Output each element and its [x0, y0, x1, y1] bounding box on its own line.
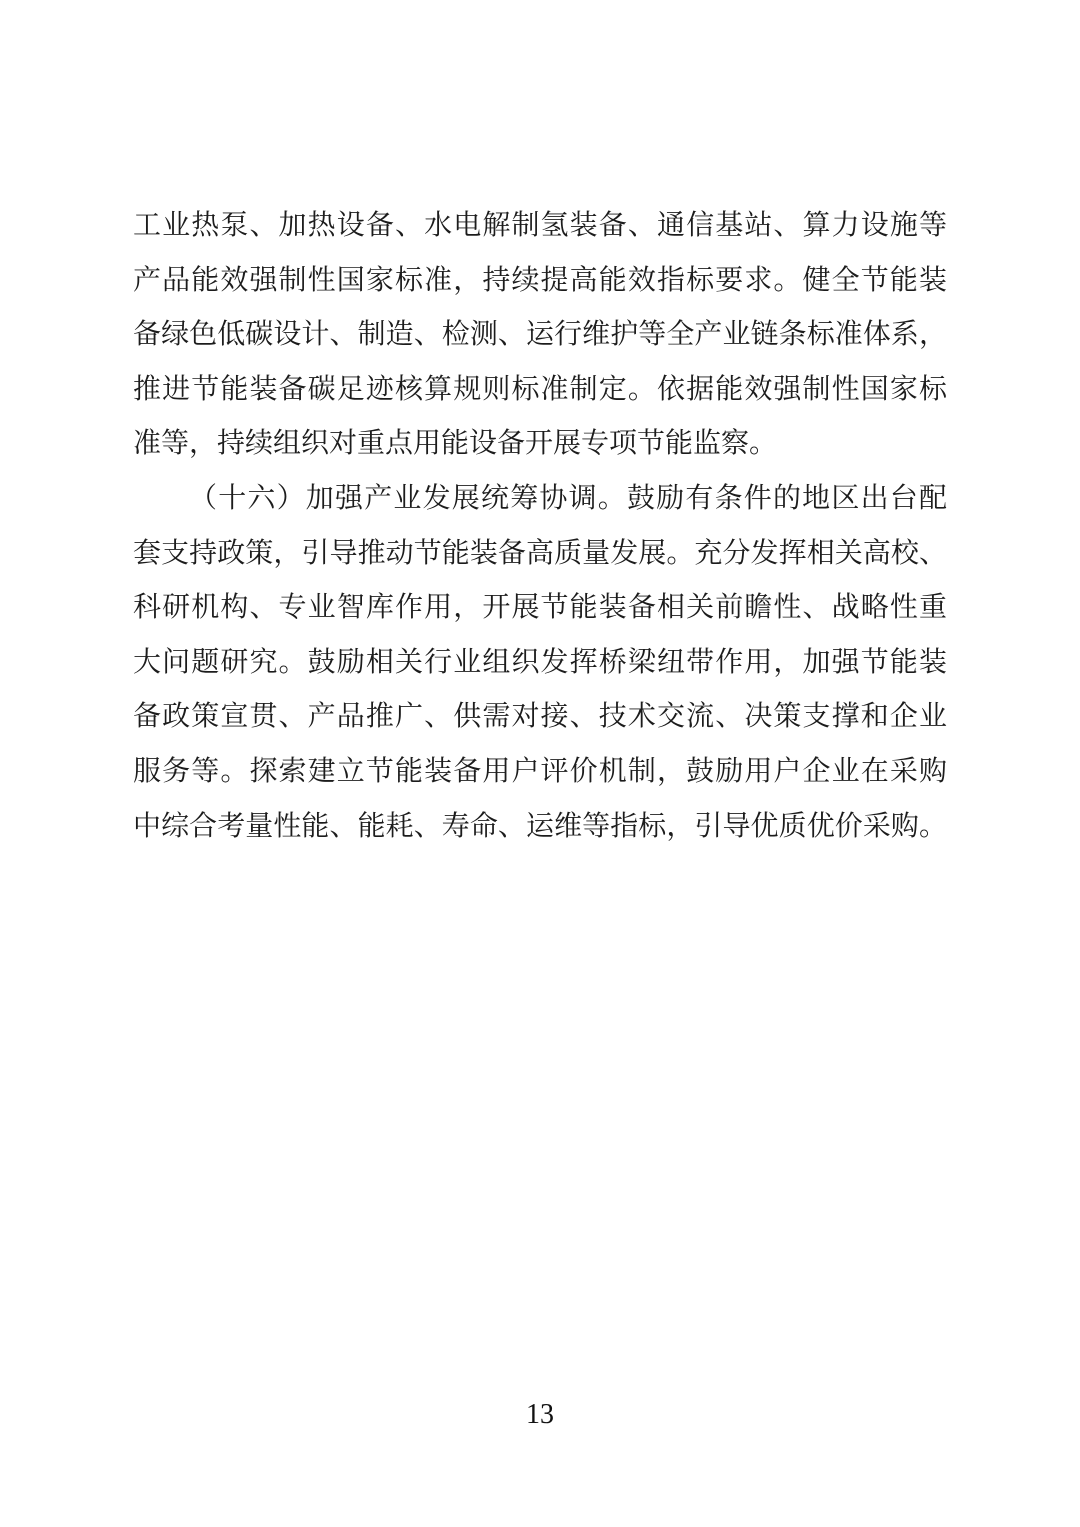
- section-heading: （十六）加强产业发展统筹协调。: [189, 483, 627, 514]
- text-line: 服务等。探索建立节能装备用户评价机制，鼓励用户企业在采购: [133, 745, 947, 800]
- text-line: 大问题研究。鼓励相关行业组织发挥桥梁纽带作用，加强节能装: [133, 636, 947, 691]
- text-line: 科研机构、专业智库作用，开展节能装备相关前瞻性、战略性重: [133, 581, 947, 636]
- text-line-paragraph-end: 准等，持续组织对重点用能设备开展专项节能监察。: [133, 417, 947, 472]
- page-number: 13: [0, 1398, 1080, 1432]
- text-line-with-heading: （十六）加强产业发展统筹协调。鼓励有条件的地区出台配: [133, 472, 947, 527]
- text-line: 产品能效强制性国家标准，持续提高能效指标要求。健全节能装: [133, 254, 947, 309]
- text-line: 推进节能装备碳足迹核算规则标准制定。依据能效强制性国家标: [133, 363, 947, 418]
- text-line: 备政策宣贯、产品推广、供需对接、技术交流、决策支撑和企业: [133, 690, 947, 745]
- paragraph-section-16: （十六）加强产业发展统筹协调。鼓励有条件的地区出台配 套支持政策，引导推动节能装…: [133, 472, 947, 854]
- text-line-paragraph-end: 中综合考量性能、能耗、寿命、运维等指标，引导优质优价采购。: [133, 800, 947, 855]
- text-line: 套支持政策，引导推动节能装备高质量发展。充分发挥相关高校、: [133, 527, 947, 582]
- paragraph-continuation: 工业热泵、加热设备、水电解制氢装备、通信基站、算力设施等 产品能效强制性国家标准…: [133, 199, 947, 472]
- document-text-block: 工业热泵、加热设备、水电解制氢装备、通信基站、算力设施等 产品能效强制性国家标准…: [133, 199, 947, 854]
- document-page: 工业热泵、加热设备、水电解制氢装备、通信基站、算力设施等 产品能效强制性国家标准…: [0, 0, 1080, 1527]
- text-line: 备绿色低碳设计、制造、检测、运行维护等全产业链条标准体系，: [133, 308, 947, 363]
- section-body-start: 鼓励有条件的地区出台配: [627, 483, 947, 514]
- text-line: 工业热泵、加热设备、水电解制氢装备、通信基站、算力设施等: [133, 199, 947, 254]
